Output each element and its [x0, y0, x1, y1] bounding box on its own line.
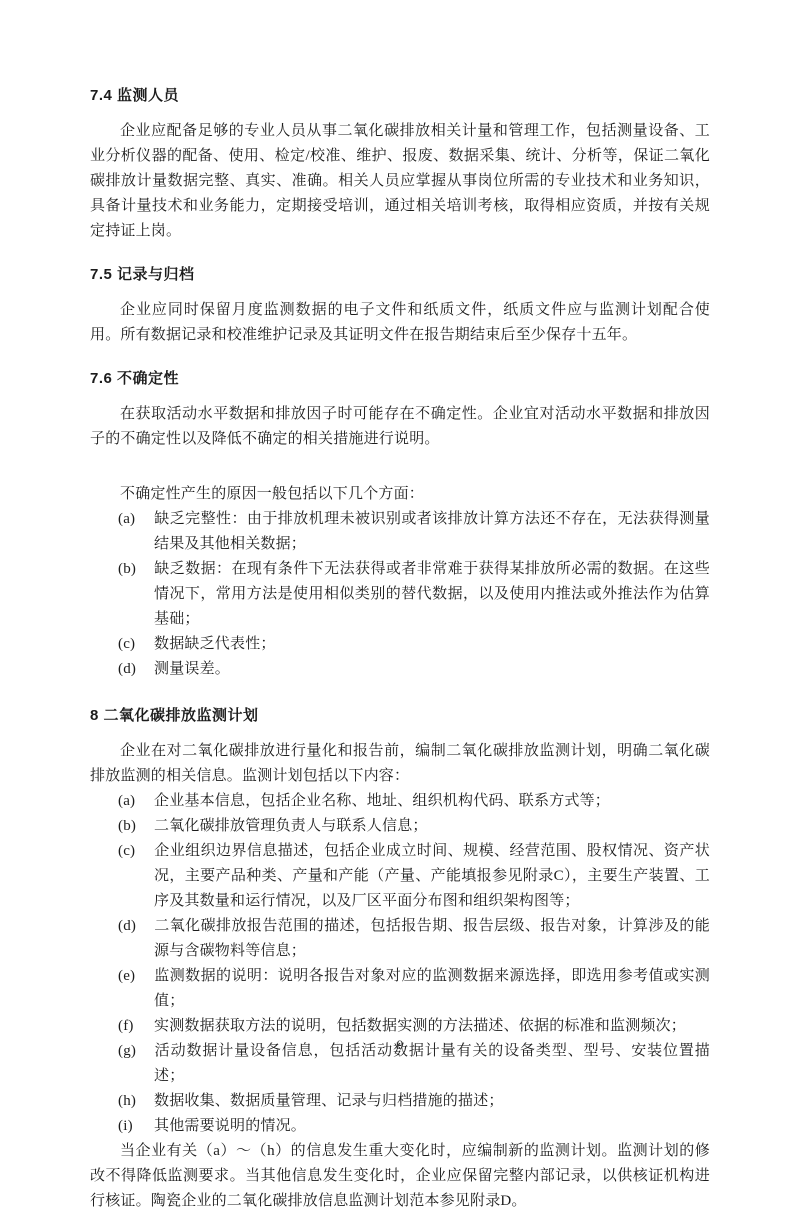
list-item-text: 监测数据的说明：说明各报告对象对应的监测数据来源选择，即选用参考值或实测值；: [154, 968, 710, 1009]
paragraph-7-4: 企业应配备足够的专业人员从事二氧化碳排放相关计量和管理工作，包括测量设备、工业分…: [90, 119, 710, 244]
list-item: (a)缺乏完整性：由于排放机理未被识别或者该排放计算方法还不存在，无法获得测量结…: [118, 507, 710, 557]
list-marker: (f): [118, 1014, 154, 1039]
list-item: (b)缺乏数据：在现有条件下无法获得或者非常难于获得某排放所必需的数据。在这些情…: [118, 557, 710, 632]
page-number: 9: [0, 1037, 800, 1053]
monitoring-plan-contents-list: (a)企业基本信息，包括企业名称、地址、组织机构代码、联系方式等； (b)二氧化…: [118, 789, 710, 1139]
paragraph-8-closing: 当企业有关（a）～（h）的信息发生重大变化时，应编制新的监测计划。监测计划的修改…: [90, 1139, 710, 1214]
list-item-text: 数据收集、数据质量管理、记录与归档措施的描述；: [154, 1093, 504, 1109]
list-marker: (a): [118, 789, 154, 814]
list-item-text: 缺乏完整性：由于排放机理未被识别或者该排放计算方法还不存在，无法获得测量结果及其…: [154, 511, 710, 552]
list-item: (c)企业组织边界信息描述，包括企业成立时间、规模、经营范围、股权情况、资产状况…: [118, 839, 710, 914]
list-item: (f)实测数据获取方法的说明，包括数据实测的方法描述、依据的标准和监测频次；: [118, 1014, 710, 1039]
list-item-text: 企业基本信息，包括企业名称、地址、组织机构代码、联系方式等；: [154, 793, 610, 809]
section-heading-7-6: 7.6 不确定性: [90, 369, 710, 389]
list-item-text: 数据缺乏代表性；: [154, 636, 276, 652]
list-marker: (e): [118, 964, 154, 989]
list-item: (b)二氧化碳排放管理负责人与联系人信息；: [118, 814, 710, 839]
list-marker: (d): [118, 657, 154, 682]
list-item-text: 实测数据获取方法的说明，包括数据实测的方法描述、依据的标准和监测频次；: [154, 1018, 686, 1034]
list-marker: (b): [118, 814, 154, 839]
paragraph-7-6-causes-lead: 不确定性产生的原因一般包括以下几个方面：: [90, 482, 710, 507]
list-item: (h)数据收集、数据质量管理、记录与归档措施的描述；: [118, 1089, 710, 1114]
list-item: (d)二氧化碳排放报告范围的描述，包括报告期、报告层级、报告对象，计算涉及的能源…: [118, 914, 710, 964]
list-item-text: 企业组织边界信息描述，包括企业成立时间、规模、经营范围、股权情况、资产状况，主要…: [154, 843, 710, 909]
list-marker: (d): [118, 914, 154, 939]
list-item-text: 二氧化碳排放报告范围的描述，包括报告期、报告层级、报告对象，计算涉及的能源与含碳…: [154, 918, 710, 959]
list-item-text: 二氧化碳排放管理负责人与联系人信息；: [154, 818, 428, 834]
paragraph-8-intro: 企业在对二氧化碳排放进行量化和报告前，编制二氧化碳排放监测计划，明确二氧化碳排放…: [90, 739, 710, 789]
list-item-text: 测量误差。: [154, 661, 230, 677]
list-marker: (a): [118, 507, 154, 532]
section-heading-7-5: 7.5 记录与归档: [90, 265, 710, 285]
section-heading-7-4: 7.4 监测人员: [90, 86, 710, 106]
paragraph-7-6-intro: 在获取活动水平数据和排放因子时可能存在不确定性。企业宜对活动水平数据和排放因子的…: [90, 402, 710, 452]
list-marker: (i): [118, 1114, 154, 1139]
list-item: (c)数据缺乏代表性；: [118, 632, 710, 657]
list-item-text: 缺乏数据：在现有条件下无法获得或者非常难于获得某排放所必需的数据。在这些情况下，…: [154, 561, 710, 627]
list-item: (d)测量误差。: [118, 657, 710, 682]
paragraph-7-5: 企业应同时保留月度监测数据的电子文件和纸质文件，纸质文件应与监测计划配合使用。所…: [90, 298, 710, 348]
list-marker: (c): [118, 632, 154, 657]
list-marker: (c): [118, 839, 154, 864]
list-item-text: 其他需要说明的情况。: [154, 1118, 306, 1134]
document-page: 7.4 监测人员 企业应配备足够的专业人员从事二氧化碳排放相关计量和管理工作，包…: [0, 0, 800, 1131]
list-marker: (b): [118, 557, 154, 582]
section-heading-8: 8 二氧化碳排放监测计划: [90, 706, 710, 726]
list-item: (a)企业基本信息，包括企业名称、地址、组织机构代码、联系方式等；: [118, 789, 710, 814]
list-item: (i)其他需要说明的情况。: [118, 1114, 710, 1139]
list-marker: (h): [118, 1089, 154, 1114]
uncertainty-causes-list: (a)缺乏完整性：由于排放机理未被识别或者该排放计算方法还不存在，无法获得测量结…: [118, 507, 710, 682]
list-item: (e)监测数据的说明：说明各报告对象对应的监测数据来源选择，即选用参考值或实测值…: [118, 964, 710, 1014]
